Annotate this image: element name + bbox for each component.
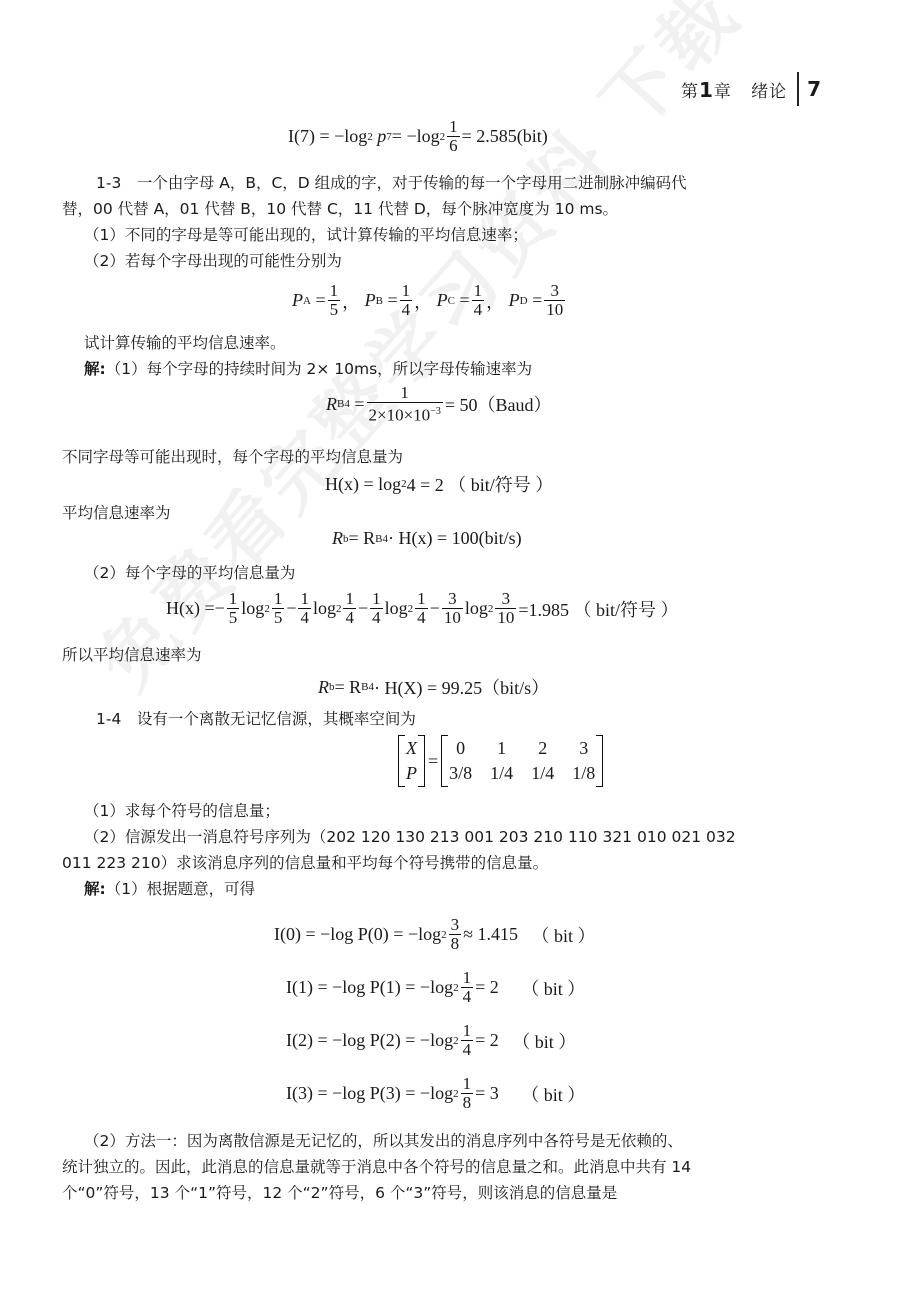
denominator: 10 bbox=[442, 608, 463, 627]
eq-sub: D bbox=[520, 295, 528, 307]
eq-var: P bbox=[437, 290, 448, 311]
text-equiprobable: 不同字母等可能出现时，每个字母的平均信息量为 bbox=[62, 446, 403, 468]
fraction: 14 bbox=[298, 590, 311, 627]
denominator: 4 bbox=[461, 987, 474, 1006]
matrix-cell: 1 bbox=[490, 738, 513, 759]
eq-text: ≈ 1.415 bbox=[463, 924, 518, 945]
numerator: 3 bbox=[548, 282, 561, 300]
fraction: 12×10×10−3 bbox=[367, 384, 443, 425]
numerator: 1 bbox=[400, 282, 413, 300]
eq-sign: − bbox=[286, 598, 296, 619]
eq-sign: − bbox=[215, 598, 225, 619]
matrix-right: 0 1 2 3 3/8 1/4 1/4 1/8 bbox=[441, 735, 603, 787]
eq-sign: − bbox=[358, 598, 368, 619]
fraction: 38 bbox=[449, 916, 462, 953]
question-1-3-line2: 替，00 代替 A，01 代替 B，10 代替 C，11 代替 D，每个脉冲宽度… bbox=[62, 198, 618, 220]
fraction: 14 bbox=[370, 590, 383, 627]
eq-text: I(3) = −log P(3) = −log bbox=[286, 1083, 453, 1104]
fraction: 310 bbox=[495, 590, 516, 627]
fraction: 14 bbox=[400, 282, 413, 319]
probability-matrix: X P = 0 1 2 3 3/8 1/4 1/4 1/8 bbox=[398, 735, 603, 787]
matrix-cell: 1/8 bbox=[572, 763, 595, 784]
solution-1-3-part2: （2）每个字母的平均信息量为 bbox=[84, 562, 295, 584]
exponent: −3 bbox=[430, 406, 441, 417]
equation-i2: I(2) = −log P(2) = −log214 = 2 （ bit ） bbox=[286, 1022, 576, 1059]
text-average-rate: 平均信息速率为 bbox=[62, 502, 171, 524]
eq-text: = 50（Baud） bbox=[445, 391, 552, 417]
fraction: 14 bbox=[461, 1022, 474, 1059]
fraction: 14 bbox=[415, 590, 428, 627]
eq-text: I(0) = −log P(0) = −log bbox=[274, 924, 441, 945]
text-average-rate-2: 所以平均信息速率为 bbox=[62, 644, 202, 666]
question-1-4-part2-line1: （2）信源发出一消息符号序列为（202 120 130 213 001 203 … bbox=[84, 826, 736, 848]
eq-var: P bbox=[365, 290, 376, 311]
eq-text: log bbox=[465, 598, 488, 619]
equation-i3: I(3) = −log P(3) = −log218 = 3 （ bit ） bbox=[286, 1075, 585, 1112]
eq-sub: B bbox=[376, 295, 383, 307]
eq-sub: A bbox=[303, 295, 311, 307]
eq-text: = R bbox=[349, 528, 376, 549]
question-1-3-ask: 试计算传输的平均信息速率。 bbox=[84, 332, 286, 354]
eq-var: R bbox=[332, 528, 343, 549]
matrix-cell: 2 bbox=[531, 738, 554, 759]
matrix-cell: 1/4 bbox=[531, 763, 554, 784]
numerator: 1 bbox=[298, 590, 311, 608]
solution-1-3-part1: 解:（1）每个字母的持续时间为 2× 10ms，所以字母传输速率为 bbox=[84, 358, 532, 380]
equation-i7: I(7) = −log2 p7 = −log2 16 = 2.585(bit) bbox=[288, 118, 548, 155]
eq-var: P bbox=[509, 290, 520, 311]
matrix-cell: 3/8 bbox=[449, 763, 472, 784]
eq-sub: 2 bbox=[488, 603, 494, 615]
eq-text: I(1) = −log P(1) = −log bbox=[286, 977, 453, 998]
eq-unit: （ bit ） bbox=[512, 1028, 576, 1054]
denominator: 8 bbox=[449, 934, 462, 953]
denominator: 8 bbox=[461, 1093, 474, 1112]
numerator: 1 bbox=[415, 590, 428, 608]
fraction: 310 bbox=[442, 590, 463, 627]
equation-rb1: Rb = RB4 · H(x) = 100(bit/s) bbox=[332, 528, 522, 549]
solution-1-4-part1: 解:（1）根据题意，可得 bbox=[84, 878, 255, 900]
numerator: 1 bbox=[370, 590, 383, 608]
document-page: 免费看完整学习资料 下载【众小料】APP 第1章 绪论 7 I(7) = −lo… bbox=[0, 0, 909, 1290]
matrix-cell: X bbox=[406, 738, 417, 759]
solution-label: 解: bbox=[84, 360, 106, 378]
eq-text: =1.985 （ bit/符号 ） bbox=[518, 596, 678, 622]
question-1-4: 1-4 设有一个离散无记忆信源，其概率空间为 bbox=[96, 708, 416, 730]
eq-var: R bbox=[326, 394, 337, 415]
denominator: 4 bbox=[298, 608, 311, 627]
denominator: 5 bbox=[272, 608, 285, 627]
page-header: 第1章 绪论 7 bbox=[681, 76, 821, 102]
denominator: 6 bbox=[447, 136, 460, 155]
fraction: 14 bbox=[343, 590, 356, 627]
eq-text: I(2) = −log P(2) = −log bbox=[286, 1030, 453, 1051]
eq-sub: 2 bbox=[453, 982, 459, 994]
denominator: 4 bbox=[461, 1040, 474, 1059]
eq-text: = 2 bbox=[475, 1030, 499, 1051]
matrix-cell: 3 bbox=[572, 738, 595, 759]
eq-text: H(x) = bbox=[166, 598, 215, 619]
solution-text: （1）根据题意，可得 bbox=[106, 880, 255, 898]
page-number: 7 bbox=[807, 77, 821, 101]
eq-sub: 2 bbox=[336, 603, 342, 615]
equation-hx1: H(x) = log2 4 = 2 （ bit/符号 ） bbox=[325, 471, 553, 497]
chapter-title: 绪论 bbox=[751, 82, 787, 102]
equation-rb4: RB4 = 12×10×10−3 = 50（Baud） bbox=[326, 384, 551, 425]
method-1-line2: 统计独立的。因此，此消息的信息量就等于消息中各个符号的信息量之和。此消息中共有 … bbox=[62, 1156, 691, 1178]
question-1-4-part1: （1）求每个符号的信息量； bbox=[84, 800, 280, 822]
eq-sub: B4 bbox=[375, 533, 388, 545]
eq-text: log bbox=[313, 598, 336, 619]
solution-label: 解: bbox=[84, 880, 106, 898]
eq-text: · H(x) = 100(bit/s) bbox=[388, 528, 522, 549]
matrix-cell: P bbox=[406, 763, 417, 784]
eq-text: · H(X) = 99.25（bit/s） bbox=[374, 674, 549, 700]
denominator: 10 bbox=[544, 300, 565, 319]
eq-text: 4 = 2 （ bit/符号 ） bbox=[407, 471, 554, 497]
numerator: 3 bbox=[449, 916, 462, 934]
fraction: 14 bbox=[461, 969, 474, 1006]
eq-text: = −log bbox=[392, 126, 440, 147]
numerator: 1 bbox=[343, 590, 356, 608]
numerator: 3 bbox=[500, 590, 513, 608]
eq-text: = 3 bbox=[475, 1083, 499, 1104]
eq-text: log bbox=[241, 598, 264, 619]
chapter-suffix: 章 bbox=[714, 82, 732, 102]
denominator: 10 bbox=[495, 608, 516, 627]
eq-var: P bbox=[292, 290, 303, 311]
fraction: 18 bbox=[461, 1075, 474, 1112]
eq-sign: − bbox=[430, 598, 440, 619]
eq-sub: B4 bbox=[361, 681, 374, 693]
matrix-left: X P bbox=[398, 735, 425, 787]
fraction: 15 bbox=[328, 282, 341, 319]
numerator: 3 bbox=[446, 590, 459, 608]
eq-sub: 2 bbox=[453, 1088, 459, 1100]
matrix-cell: 1/4 bbox=[490, 763, 513, 784]
denominator: 5 bbox=[227, 608, 240, 627]
header-divider bbox=[797, 72, 799, 106]
fraction: 15 bbox=[272, 590, 285, 627]
eq-sub: 2 bbox=[367, 131, 373, 143]
matrix-cell: 0 bbox=[449, 738, 472, 759]
question-1-4-part2-line2: 011 223 210）求该消息序列的信息量和平均每个符号携带的信息量。 bbox=[62, 852, 548, 874]
equation-i0: I(0) = −log P(0) = −log238 ≈ 1.415 （ bit… bbox=[274, 916, 596, 953]
eq-text: H(x) = log bbox=[325, 474, 401, 495]
numerator: 1 bbox=[328, 282, 341, 300]
denominator: 4 bbox=[472, 300, 485, 319]
denominator: 4 bbox=[343, 608, 356, 627]
equation-hx2: H(x) = −15log215 −14log214 −14log214 −31… bbox=[166, 590, 678, 627]
fraction: 16 bbox=[447, 118, 460, 155]
numerator: 1 bbox=[461, 1022, 474, 1040]
numerator: 1 bbox=[447, 118, 460, 136]
numerator: 1 bbox=[227, 590, 240, 608]
denominator: 4 bbox=[400, 300, 413, 319]
question-1-3-part2: （2）若每个字母出现的可能性分别为 bbox=[84, 250, 342, 272]
eq-var: R bbox=[318, 677, 329, 698]
eq-sub: 2 bbox=[264, 603, 270, 615]
fraction: 310 bbox=[544, 282, 565, 319]
fraction: 14 bbox=[472, 282, 485, 319]
eq-sub: 2 bbox=[408, 603, 414, 615]
eq-text: = 2 bbox=[475, 977, 499, 998]
numerator: 1 bbox=[472, 282, 485, 300]
denominator: 4 bbox=[370, 608, 383, 627]
eq-sub: 2 bbox=[453, 1035, 459, 1047]
eq-var: p bbox=[377, 126, 386, 147]
chapter-number: 1 bbox=[699, 78, 714, 102]
method-1-line3: 个“0”符号，13 个“1”符号，12 个“2”符号，6 个“3”符号，则该消息… bbox=[62, 1182, 617, 1204]
question-1-3-line1: 1-3 一个由字母 A，B，C，D 组成的字，对于传输的每一个字母用二进制脉冲编… bbox=[96, 172, 687, 194]
fraction: 15 bbox=[227, 590, 240, 627]
eq-text: I(7) = −log bbox=[288, 126, 367, 147]
eq-unit: （ bit ） bbox=[531, 922, 595, 948]
equation-probabilities: PA =15， PB =14， PC =14， PD =310 bbox=[292, 282, 567, 319]
question-1-3-part1: （1）不同的字母是等可能出现的，试计算传输的平均信息速率； bbox=[84, 224, 528, 246]
eq-unit: （ bit ） bbox=[521, 1081, 585, 1107]
equation-i1: I(1) = −log P(1) = −log214 = 2 （ bit ） bbox=[286, 969, 585, 1006]
equation-rb2: Rb = RB4 · H(X) = 99.25（bit/s） bbox=[318, 674, 549, 700]
method-1-line1: （2）方法一：因为离散信源是无记忆的，所以其发出的消息序列中各符号是无依赖的、 bbox=[84, 1130, 683, 1152]
numerator: 1 bbox=[461, 969, 474, 987]
denominator: 2×10×10−3 bbox=[367, 402, 443, 425]
eq-sub: C bbox=[448, 295, 455, 307]
solution-text: （1）每个字母的持续时间为 2× 10ms，所以字母传输速率为 bbox=[106, 360, 532, 378]
denominator-text: 2×10×10 bbox=[369, 406, 431, 425]
chapter-prefix: 第 bbox=[681, 82, 699, 102]
eq-sub: 2 bbox=[441, 929, 447, 941]
denominator: 5 bbox=[328, 300, 341, 319]
numerator: 1 bbox=[398, 384, 411, 402]
numerator: 1 bbox=[461, 1075, 474, 1093]
chapter-label: 第1章 绪论 bbox=[681, 77, 787, 102]
eq-text: = R bbox=[335, 677, 362, 698]
eq-text: = 2.585(bit) bbox=[462, 126, 548, 147]
eq-unit: （ bit ） bbox=[521, 975, 585, 1001]
eq-sub: B4 bbox=[337, 398, 350, 410]
eq-text: log bbox=[385, 598, 408, 619]
eq-sub: 2 bbox=[440, 131, 446, 143]
numerator: 1 bbox=[272, 590, 285, 608]
denominator: 4 bbox=[415, 608, 428, 627]
